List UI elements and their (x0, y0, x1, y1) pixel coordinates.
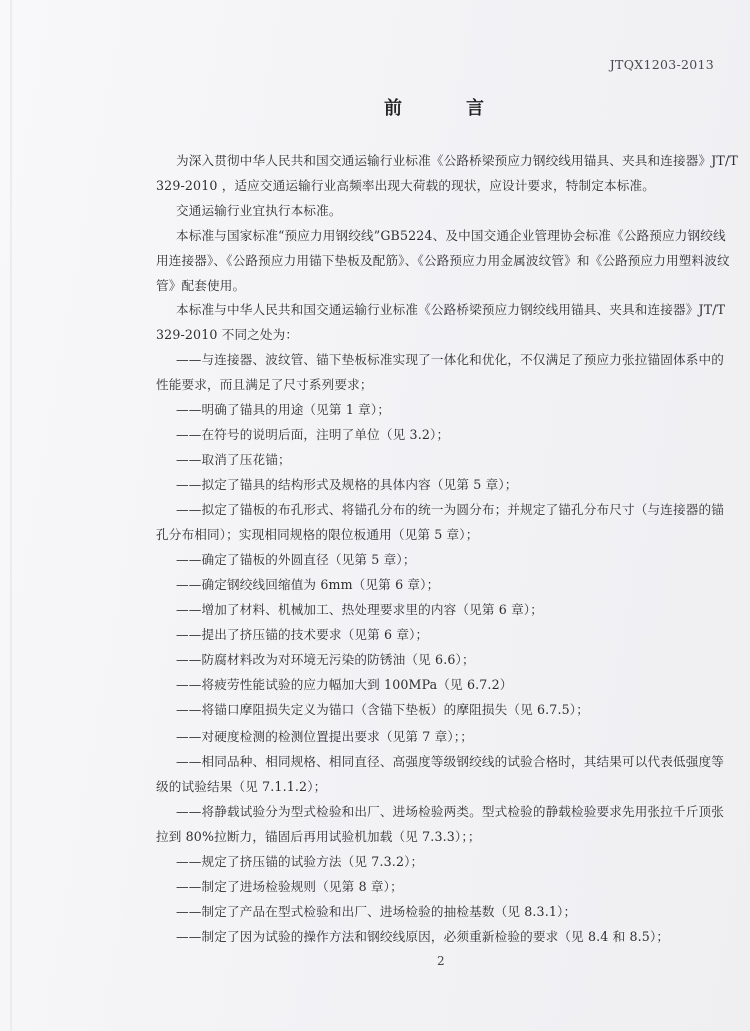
list-item: ——制定了产品在型式检验和出厂、进场检验的抽检基数（见 8.3.1）； (176, 904, 576, 920)
paragraph-line: 329-2010 不同之处为： (156, 327, 298, 343)
list-item: ——拟定了锚板的布孔形式、将锚孔分布的统一为圆分布；并规定了锚孔分布尺寸（与连接… (176, 502, 724, 518)
list-item: ——明确了锚具的用途（见第 1 章）； (176, 402, 390, 418)
list-item: ——防腐材料改为对环境无污染的防锈油（见 6.6）； (176, 652, 475, 668)
list-item: ——规定了挤压锚的试验方法（见 7.3.2）； (176, 854, 423, 870)
title-char-2: 言 (466, 94, 484, 120)
list-item: ——对硬度检测的检测位置提出要求（见第 7 章）；； (176, 729, 473, 745)
list-item: ——相同品种、相同规格、相同直径、高强度等级钢绞线的试验合格时，其结果可以代表低… (176, 754, 724, 770)
page-number: 2 (437, 954, 445, 968)
document-page: JTQX1203-2013 前 言 为深入贯彻中华人民共和国交通运输行业标准《公… (0, 0, 750, 1031)
title-char-1: 前 (384, 94, 402, 120)
paragraph-line: 管》配套使用。 (156, 278, 245, 294)
paragraph-line: 交通运输行业宜执行本标准。 (176, 203, 342, 219)
list-item-continuation: 级的试验结果（见 7.1.1.2）； (156, 779, 326, 795)
list-item: ——提出了挤压锚的技术要求（见第 6 章）； (176, 627, 428, 643)
list-item: ——拟定了锚具的结构形式及规格的具体内容（见第 5 章）； (176, 477, 518, 493)
list-item: ——将锚口摩阻损失定义为锚口（含锚下垫板）的摩阻损失（见 6.7.5）； (176, 702, 589, 718)
paragraph-line: 为深入贯彻中华人民共和国交通运输行业标准《公路桥梁预应力钢绞线用锚具、夹具和连接… (176, 153, 738, 169)
list-item-continuation: 性能要求，而且满足了尺寸系列要求； (156, 377, 373, 393)
list-item-continuation: 拉到 80%拉断力，锚固后再用试验机加载（见 7.3.3）；； (156, 829, 481, 845)
list-item: ——取消了压花锚； (176, 452, 291, 468)
list-item: ——增加了材料、机械加工、热处理要求里的内容（见第 6 章）； (176, 602, 543, 618)
paragraph-line: 本标准与中华人民共和国交通运输行业标准《公路桥梁预应力钢绞线用锚具、夹具和连接器… (176, 302, 725, 318)
paragraph-line: 用连接器》、《公路预应力用锚下垫板及配筋》、《公路预应力用金属波纹管》和《公路预… (156, 253, 730, 269)
paragraph-line: 本标准与国家标准“预应力用钢绞线”GB5224、及中国交通企业管理协会标准《公路… (176, 228, 726, 244)
standard-code: JTQX1203-2013 (610, 57, 714, 72)
list-item: ——制定了进场检验规则（见第 8 章）； (176, 879, 403, 895)
list-item-continuation: 孔分布相同）；实现相同规格的限位板通用（见第 5 章）； (156, 527, 478, 543)
paragraph-line: 329-2010 ，适应交通运输行业高频率出现大荷载的现状，应设计要求，特制定本… (156, 178, 655, 194)
list-item: ——将疲劳性能试验的应力幅加大到 100MPa（见 6.7.2） (176, 677, 512, 693)
list-item: ——与连接器、波纹管、锚下垫板标准实现了一体化和优化，不仅满足了预应力张拉锚固体… (176, 352, 724, 368)
list-item: ——制定了因为试验的操作方法和钢绞线原因，必须重新检验的要求（见 8.4 和 8… (176, 929, 669, 945)
page-title: 前 言 (384, 94, 484, 120)
list-item: ——确定了锚板的外圆直径（见第 5 章）； (176, 552, 416, 568)
list-item: ——将静载试验分为型式检验和出厂、进场检验两类。型式检验的静载检验要求先用张拉千… (176, 804, 724, 820)
list-item: ——在符号的说明后面，注明了单位（见 3.2）； (176, 427, 449, 443)
list-item: ——确定钢绞线回缩值为 6mm（见第 6 章）； (176, 577, 439, 593)
